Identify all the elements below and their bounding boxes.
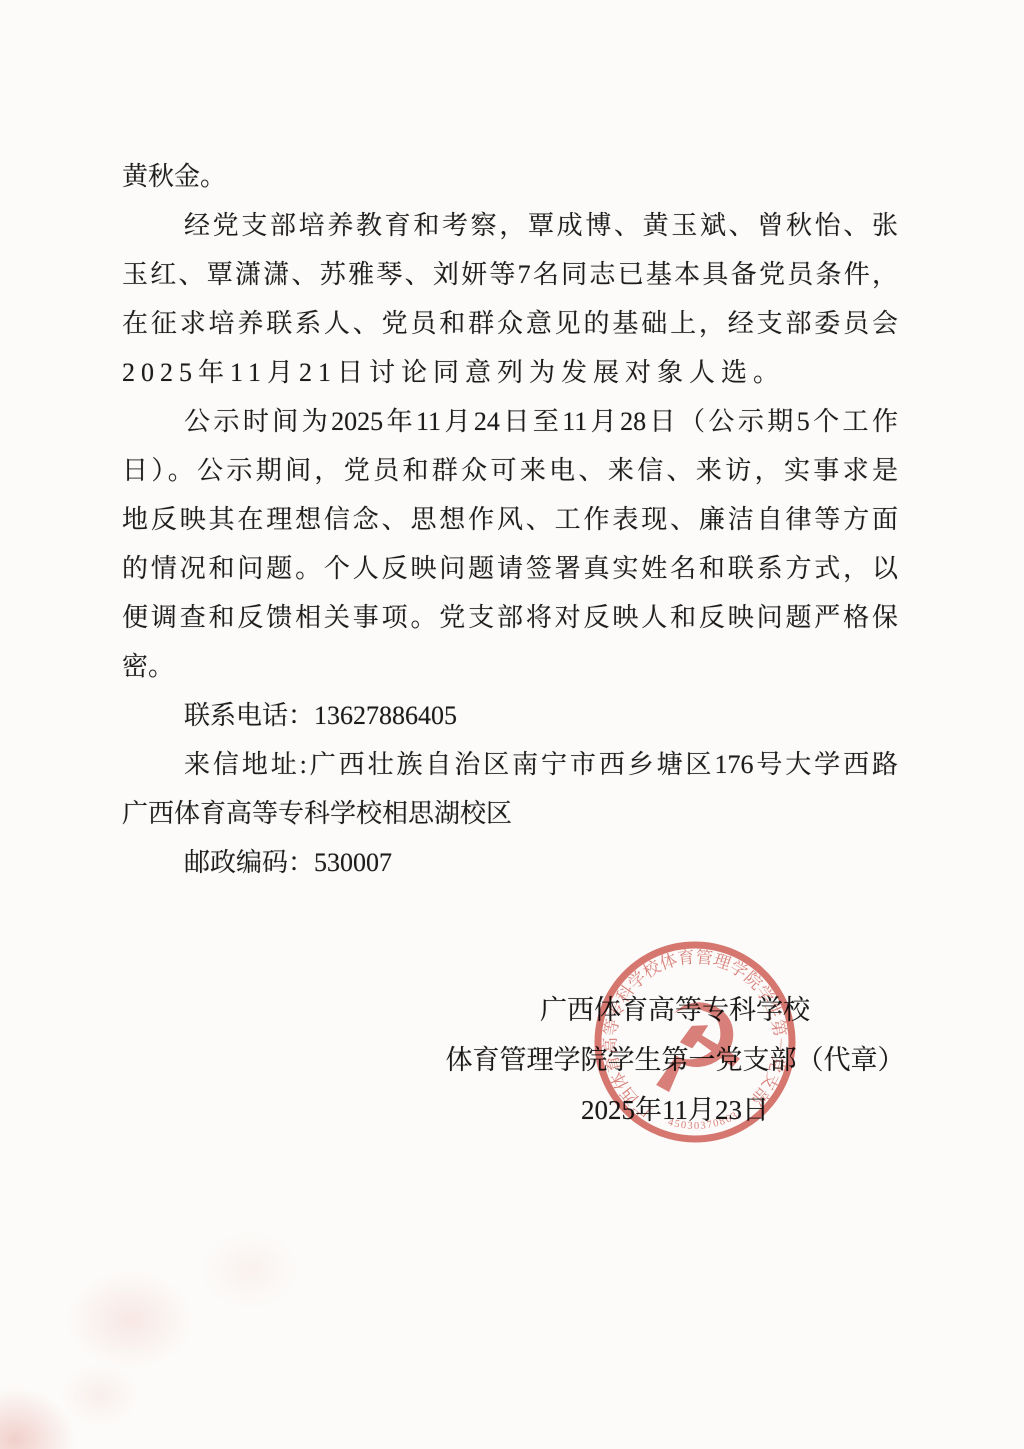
document-line: 在征求培养联系人、党员和群众意见的基础上，经支部委员会	[122, 299, 898, 348]
document-page: 黄秋金。经党支部培养教育和考察，覃成博、黄玉斌、曾秋怡、张玉红、覃潇潇、苏雅琴、…	[0, 0, 1024, 1449]
document-line: 2025年11月21日讨论同意列为发展对象人选。	[122, 348, 898, 397]
signature-org-line1: 广西体育高等专科学校	[420, 985, 930, 1035]
document-line: 广西体育高等专科学校相思湖校区	[122, 789, 898, 838]
document-body: 黄秋金。经党支部培养教育和考察，覃成博、黄玉斌、曾秋怡、张玉红、覃潇潇、苏雅琴、…	[122, 152, 898, 887]
signature-org-line2: 体育管理学院学生第一党支部（代章）	[420, 1035, 930, 1085]
document-line: 的情况和问题。个人反映问题请签署真实姓名和联系方式，以	[122, 544, 898, 593]
document-line: 便调查和反馈相关事项。党支部将对反映人和反映问题严格保	[122, 593, 898, 642]
document-line: 联系电话：13627886405	[122, 691, 898, 740]
signature-block: 广西体育高等专科学校 体育管理学院学生第一党支部（代章） 2025年11月23日	[420, 985, 930, 1135]
document-line: 密。	[122, 642, 898, 691]
document-line: 玉红、覃潇潇、苏雅琴、刘妍等7名同志已基本具备党员条件，	[122, 250, 898, 299]
document-line: 经党支部培养教育和考察，覃成博、黄玉斌、曾秋怡、张	[122, 201, 898, 250]
document-line: 来信地址:广西壮族自治区南宁市西乡塘区176号大学西路	[122, 740, 898, 789]
document-line: 地反映其在理想信念、思想作风、工作表现、廉洁自律等方面	[122, 495, 898, 544]
document-line: 公示时间为2025年11月24日至11月28日（公示期5个工作	[122, 397, 898, 446]
document-line: 黄秋金。	[122, 152, 898, 201]
document-line: 日）。公示期间，党员和群众可来电、来信、来访，实事求是	[122, 446, 898, 495]
signature-date: 2025年11月23日	[420, 1085, 930, 1135]
document-line: 邮政编码：530007	[122, 838, 898, 887]
